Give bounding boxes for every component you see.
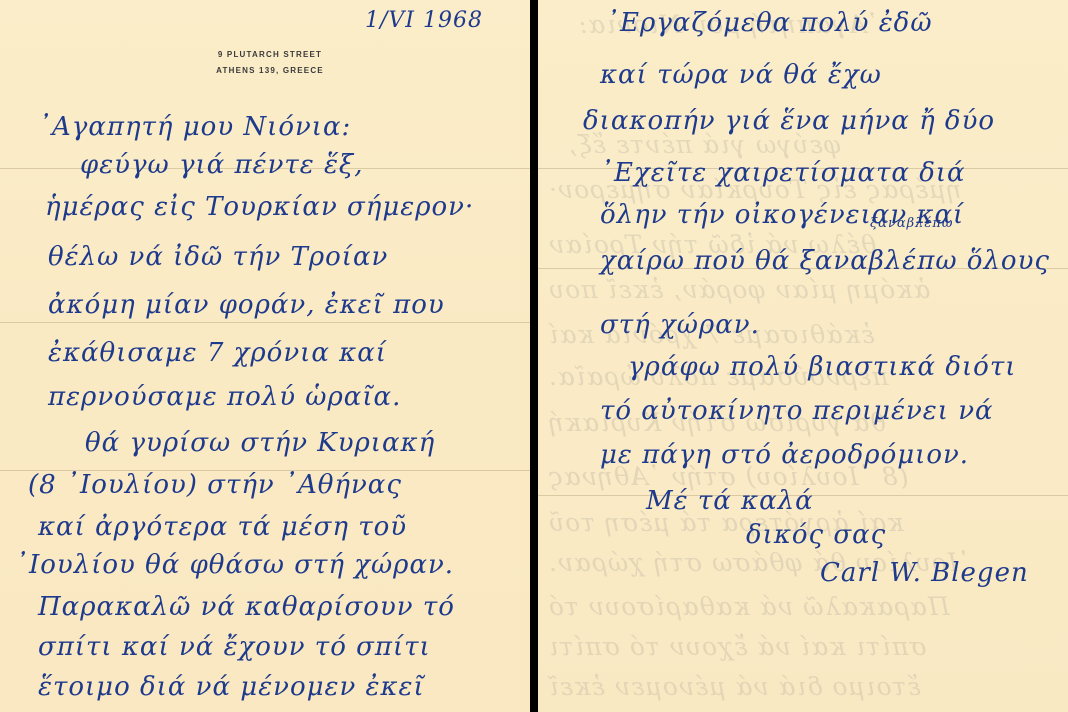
handwritten-line: δικός σας (746, 520, 886, 550)
handwritten-line: με πάγη στό ἀεροδρόμιον. (600, 440, 969, 470)
handwritten-line: Μέ τά καλά (646, 486, 814, 516)
handwritten-line: στή χώραν. (600, 310, 760, 340)
handwritten-line: ᾿Ιουλίου θά φθάσω στή χώραν. (15, 550, 454, 580)
handwritten-line: ἀκόμη μίαν φοράν, ἐκεῖ που (48, 290, 445, 320)
letterhead-city: ATHENS 139, GREECE (195, 63, 345, 79)
handwritten-line: ἐκάθισαμε 7 χρόνια καί (48, 338, 387, 368)
handwritten-line: θά γυρίσω στήν Κυριακή (85, 428, 435, 458)
handwritten-line: γράφω πολύ βιαστικά διότι (628, 352, 1016, 382)
page-divider (530, 0, 538, 712)
handwritten-line: περνούσαμε πολύ ὡραῖα. (48, 382, 401, 412)
bleed-through-text: ἀκόμη μίαν φοράν, ἐκεῖ που (548, 275, 930, 304)
letter-page-1: 9 PLUTARCH STREET ATHENS 139, GREECE 1/V… (0, 0, 530, 712)
bleed-through-text: Παρακαλῶ νά καθαρίσουν τό (548, 592, 950, 621)
letter-page-2: ᾿Αγαπητή μου Νιόνια: φεύγω γιά πέντε ἕξ,… (538, 0, 1068, 712)
handwritten-line: καί τώρα νά θά ἔχω (600, 60, 882, 90)
handwritten-line: διακοπήν γιά ἕνα μήνα ἤ δύο (583, 106, 995, 136)
handwritten-insertion: ξαναβλέπω (870, 216, 954, 231)
handwritten-line: (8 ᾿Ιουλίου) στήν ᾿Αθήνας (28, 470, 402, 500)
handwritten-line: χαίρω πού θά ξαναβλέπω ὅλους (600, 246, 1050, 276)
handwritten-line: ἡμέρας εἰς Τουρκίαν σήμερον· (45, 192, 474, 222)
bleed-through-text: ἕτοιμο διά νά μένομεν ἐκεῖ (548, 672, 921, 701)
handwritten-line: καί ἀργότερα τά μέση τοῦ (38, 512, 407, 542)
handwritten-line: Παρακαλῶ νά καθαρίσουν τό (38, 592, 455, 622)
fold-crease (0, 322, 530, 323)
handwritten-line: ᾿Εργαζόμεθα πολύ ἐδῶ (606, 8, 933, 38)
letter-date: 1/VI 1968 (365, 8, 483, 33)
handwritten-line: τό αὐτοκίνητο περιμένει νά (600, 396, 994, 426)
letterhead-street: 9 PLUTARCH STREET (195, 47, 345, 63)
handwritten-line: σπίτι καί νά ἔχουν τό σπίτι (38, 632, 431, 662)
signature: Carl W. Blegen (820, 558, 1029, 588)
letterhead-address: 9 PLUTARCH STREET ATHENS 139, GREECE (195, 47, 345, 79)
handwritten-line: ᾿Εχεῖτε χαιρετίσματα διά (600, 158, 966, 188)
handwritten-line: φεύγω γιά πέντε ἕξ, (80, 150, 364, 180)
bleed-through-text: σπίτι καί νά ἔχουν τό σπίτι (548, 632, 927, 661)
handwritten-line: ᾿Αγαπητή μου Νιόνια: (38, 112, 351, 142)
handwritten-line: θέλω νά ἰδῶ τήν Τροίαν (48, 242, 388, 272)
handwritten-line: ἕτοιμο διά νά μένομεν ἐκεῖ (38, 672, 425, 702)
